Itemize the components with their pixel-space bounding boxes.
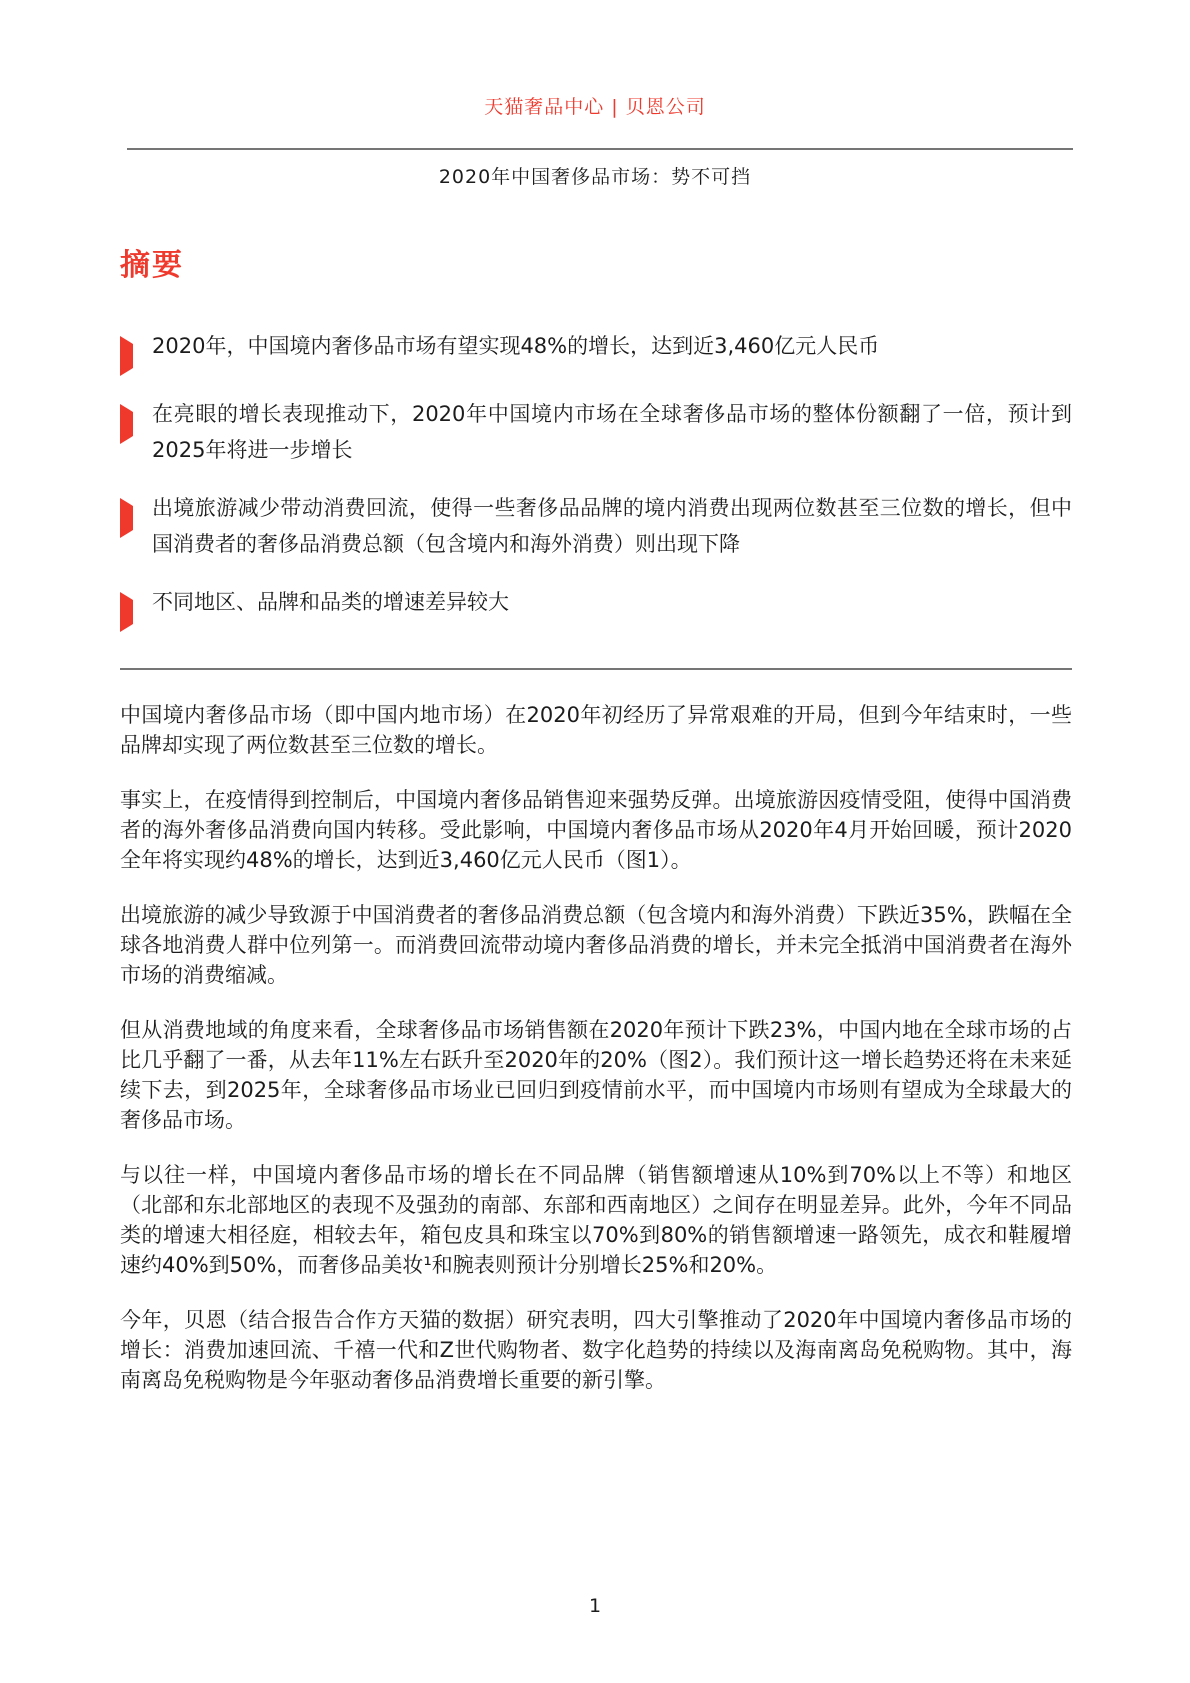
bullet-text: 2020年，中国境内奢侈品市场有望实现48%的增长，达到近3,460亿元人民币: [152, 328, 1072, 364]
body-paragraph: 出境旅游的减少导致源于中国消费者的奢侈品消费总额（包含境内和海外消费）下跌近35…: [120, 900, 1072, 990]
body-paragraph: 但从消费地域的角度来看，全球奢侈品市场销售额在2020年预计下跌23%，中国内地…: [120, 1015, 1072, 1135]
bullet-triangle-icon: [120, 584, 152, 630]
bullet-item: 2020年，中国境内奢侈品市场有望实现48%的增长，达到近3,460亿元人民币: [120, 328, 1072, 374]
doc-title: 2020年中国奢侈品市场：势不可挡: [0, 162, 1190, 189]
bullet-triangle-icon: [120, 396, 152, 442]
summary-heading: 摘要: [120, 240, 1072, 284]
body-paragraph: 今年，贝恩（结合报告合作方天猫的数据）研究表明，四大引擎推动了2020年中国境内…: [120, 1305, 1072, 1395]
report-page: 天猫奢品中心 | 贝恩公司 2020年中国奢侈品市场：势不可挡 摘要 2020年…: [0, 0, 1190, 1683]
brand-header: 天猫奢品中心 | 贝恩公司: [0, 92, 1190, 119]
header-divider: [127, 148, 1073, 150]
bullet-item: 出境旅游减少带动消费回流，使得一些奢侈品品牌的境内消费出现两位数甚至三位数的增长…: [120, 490, 1072, 562]
section-divider: [120, 668, 1072, 670]
summary-bullet-list: 2020年，中国境内奢侈品市场有望实现48%的增长，达到近3,460亿元人民币 …: [120, 328, 1072, 630]
bullet-triangle-icon: [120, 490, 152, 536]
bullet-item: 不同地区、品牌和品类的增速差异较大: [120, 584, 1072, 630]
page-content: 摘要 2020年，中国境内奢侈品市场有望实现48%的增长，达到近3,460亿元人…: [120, 240, 1072, 1420]
body-paragraph: 事实上，在疫情得到控制后，中国境内奢侈品销售迎来强势反弹。出境旅游因疫情受阻，使…: [120, 785, 1072, 875]
bullet-text: 不同地区、品牌和品类的增速差异较大: [152, 584, 1072, 620]
bullet-triangle-icon: [120, 328, 152, 374]
bullet-text: 出境旅游减少带动消费回流，使得一些奢侈品品牌的境内消费出现两位数甚至三位数的增长…: [152, 490, 1072, 562]
page-number: 1: [0, 1595, 1190, 1617]
bullet-item: 在亮眼的增长表现推动下，2020年中国境内市场在全球奢侈品市场的整体份额翻了一倍…: [120, 396, 1072, 468]
bullet-text: 在亮眼的增长表现推动下，2020年中国境内市场在全球奢侈品市场的整体份额翻了一倍…: [152, 396, 1072, 468]
body-paragraph: 与以往一样，中国境内奢侈品市场的增长在不同品牌（销售额增速从10%到70%以上不…: [120, 1160, 1072, 1280]
body-copy: 中国境内奢侈品市场（即中国内地市场）在2020年初经历了异常艰难的开局，但到今年…: [120, 700, 1072, 1395]
body-paragraph: 中国境内奢侈品市场（即中国内地市场）在2020年初经历了异常艰难的开局，但到今年…: [120, 700, 1072, 760]
